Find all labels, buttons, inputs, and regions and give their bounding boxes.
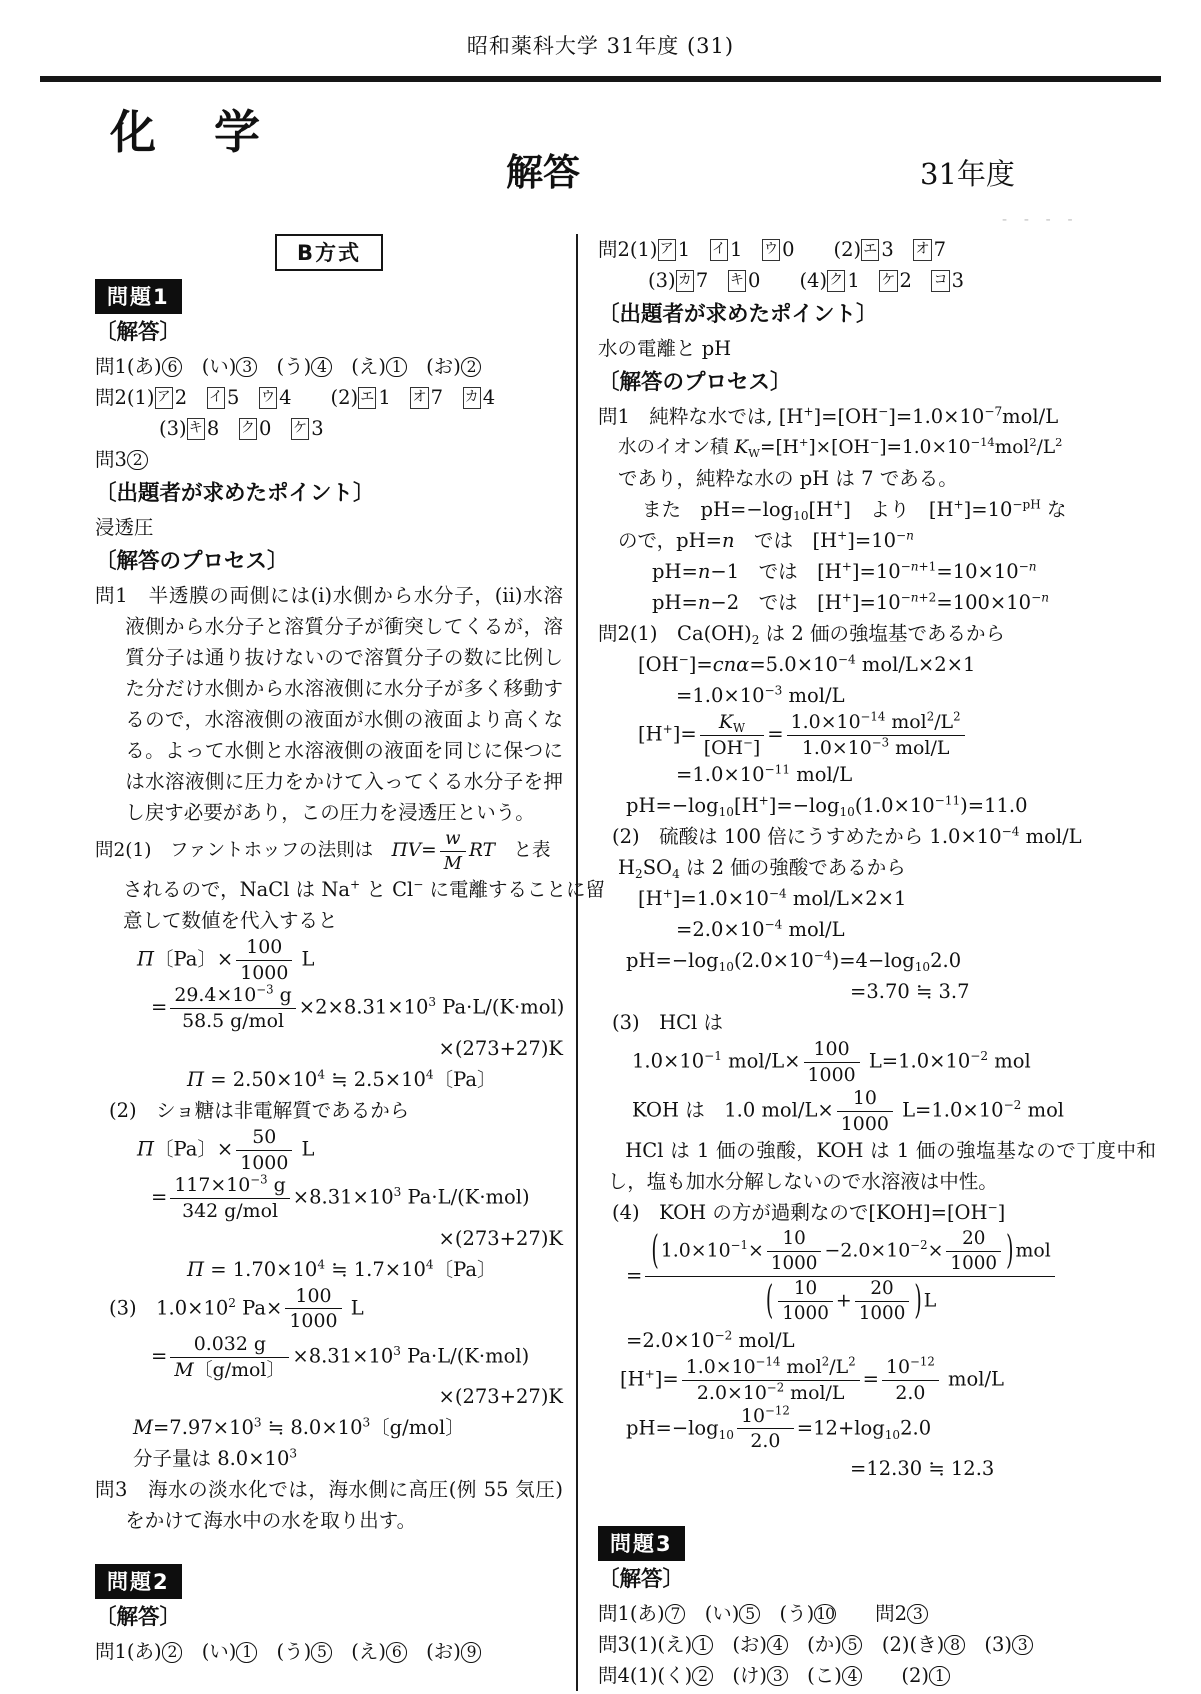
- problem-header: 問題2: [95, 1564, 182, 1599]
- formula-line: =2.0×10−2 mol/L: [598, 1325, 1156, 1356]
- formula-line: Π = 2.50×104 ≒ 2.5×104〔Pa〕: [95, 1064, 563, 1095]
- boxed-kana: オ: [913, 239, 931, 261]
- circled-number: 4: [767, 1635, 788, 1656]
- circled-number: 8: [944, 1635, 965, 1656]
- text-line: H2SO4 は 2 価の強酸であるから: [598, 852, 1156, 883]
- problem-header-row: 問題2: [95, 1564, 563, 1599]
- paragraph: 問1 半透膜の両側には(i)水側から水分子，(ii)水溶液側から水分子と溶質分子…: [95, 580, 563, 828]
- formula-line: [H+]=1.0×10−14 mol2/L22.0×10−2 mol/L=10−…: [598, 1356, 1156, 1404]
- answer-line: 問1(あ)2 (い)1 (う)5 (え)6 (お)9: [95, 1636, 563, 1667]
- spacer: [598, 1484, 1156, 1518]
- formula-line: ×(273+27)K: [95, 1381, 563, 1412]
- text-line: また pH=−log10[H+] より [H+]=10−pH な: [598, 494, 1156, 525]
- page: 昭和薬科大学 31年度 (31) 化 学 解答 31年度 ‐ ‐ ‐ ‐ B方式…: [0, 0, 1201, 1694]
- text-line: ので，pH=n では [H+]=10−n: [598, 525, 1156, 556]
- circled-number: 1: [692, 1635, 713, 1656]
- method-badge-row: B方式: [95, 234, 563, 271]
- text-line: 分子量は 8.0×103: [95, 1443, 563, 1474]
- circled-number: 5: [739, 1604, 760, 1625]
- formula-line: pH=−log10(2.0×10−4)=4−log102.0: [598, 945, 1156, 976]
- text-line: 水のイオン積 KW=[H+]×[OH−]=1.0×10−14mol2/L2: [598, 432, 1156, 463]
- boxed-kana: ア: [155, 387, 173, 409]
- formula-line: [H+]=1.0×10−4 mol/L×2×1: [598, 883, 1156, 914]
- problem-header: 問題1: [95, 279, 182, 314]
- circled-number: 4: [311, 357, 332, 378]
- formula-line: pH=−log1010−122.0=12+log102.0: [598, 1405, 1156, 1453]
- section-heading: 〔出題者が求めたポイント〕: [598, 298, 1156, 331]
- year-label: 31年度: [920, 152, 1015, 193]
- answer-line: 問1(あ)6 (い)3 (う)4 (え)1 (お)2: [95, 351, 563, 382]
- method-badge: B方式: [275, 234, 383, 271]
- boxed-kana: キ: [728, 270, 746, 292]
- formula-line: ×(273+27)K: [95, 1223, 563, 1254]
- circled-number: 4: [842, 1666, 863, 1687]
- fraction: KW[OH−]: [700, 711, 765, 759]
- problem-header: 問題3: [598, 1526, 685, 1561]
- circled-number: 9: [461, 1642, 482, 1663]
- circled-number: 3: [1012, 1635, 1033, 1656]
- answer-line: (3)カ7 キ0 (4)ク1 ケ2 コ3: [598, 265, 1156, 296]
- formula-line: pH=n−2 では [H+]=10−n+2=100×10−n: [598, 587, 1156, 618]
- formula-line: pH=−log10[H+]=−log10(1.0×10−11)=11.0: [598, 790, 1156, 821]
- formula-line: [H+]=KW[OH−]=1.0×10−14 mol2/L21.0×10−3 m…: [598, 711, 1156, 759]
- problem-header-row: 問題1: [95, 279, 563, 314]
- formula-line: =29.4×10−3 g58.5 g/mol×2×8.31×103 Pa·L/(…: [95, 984, 563, 1032]
- formula-line: pH=n−1 では [H+]=10−n+1=10×10−n: [598, 556, 1156, 587]
- formula-line: KOH は 1.0 mol/L×101000 L=1.0×10−2 mol: [598, 1087, 1156, 1135]
- fraction: 117×10−3 g342 g/mol: [170, 1174, 289, 1222]
- circled-number: 1: [236, 1642, 257, 1663]
- formula-line: 1.0×10−1 mol/L×1001000 L=1.0×10−2 mol: [598, 1038, 1156, 1086]
- boxed-kana: ケ: [291, 418, 309, 440]
- answer-line: 問1(あ)7 (い)5 (う)10 問23: [598, 1598, 1156, 1629]
- answer-line: 問3(1)(え)1 (お)4 (か)5 (2)(き)8 (3)3: [598, 1629, 1156, 1660]
- text-line: (4) KOH の方が過剰なので[KOH]=[OH−]: [598, 1197, 1156, 1228]
- answer-title: 解答: [506, 142, 580, 196]
- columns: B方式問題1〔解答〕問1(あ)6 (い)3 (う)4 (え)1 (お)2問2(1…: [95, 234, 1156, 1691]
- boxed-kana: エ: [358, 387, 376, 409]
- formula-line: (3) 1.0×102 Pa×1001000 L: [95, 1285, 563, 1333]
- circled-number: 10: [814, 1604, 836, 1625]
- formula-line: =0.032 gM〔g/mol〕×8.31×103 Pa·L/(K·mol): [95, 1333, 563, 1381]
- fraction: 29.4×10−3 g58.5 g/mol: [170, 984, 295, 1032]
- fraction: 101000: [767, 1228, 822, 1275]
- paragraph: 水の電離と pH: [598, 333, 1156, 364]
- subject-title: 化 学: [110, 96, 266, 162]
- faint-marks: ‐ ‐ ‐ ‐: [1002, 210, 1079, 228]
- section-heading: 〔解答のプロセス〕: [598, 366, 1156, 399]
- text-line: であり，純粋な水の pH は 7 である。: [598, 463, 1156, 494]
- section-heading: 〔解答〕: [95, 1601, 563, 1634]
- formula-line: =3.70 ≒ 3.7: [598, 976, 1156, 1007]
- section-heading: 〔出題者が求めたポイント〕: [95, 477, 563, 510]
- section-heading: 〔解答〕: [598, 1563, 1156, 1596]
- boxed-kana: ク: [827, 270, 845, 292]
- formula-line: =117×10−3 g342 g/mol×8.31×103 Pa·L/(K·mo…: [95, 1174, 563, 1222]
- fraction: 501000: [236, 1126, 292, 1174]
- formula-line: [OH−]=cnα=5.0×10−4 mol/L×2×1: [598, 649, 1156, 680]
- boxed-kana: ウ: [259, 387, 277, 409]
- circled-number: 2: [692, 1666, 713, 1687]
- boxed-kana: ク: [239, 418, 257, 440]
- fraction: 1001000: [804, 1038, 860, 1086]
- fraction: wM: [440, 828, 466, 874]
- formula-line: =2.0×10−4 mol/L: [598, 914, 1156, 945]
- boxed-kana: ア: [658, 239, 676, 261]
- boxed-kana: エ: [861, 239, 879, 261]
- fraction: (1.0×10−1×101000−2.0×10−2×201000)mol(101…: [645, 1228, 1054, 1325]
- formula-line: Π = 1.70×104 ≒ 1.7×104〔Pa〕: [95, 1254, 563, 1285]
- text-line: 問2(1) ファントホッフの法則は ΠV=wMRT と表: [95, 828, 563, 874]
- section-heading: 〔解答のプロセス〕: [95, 545, 563, 578]
- spacer: [95, 1536, 563, 1556]
- text-line: (2) ショ糖は非電解質であるから: [95, 1095, 563, 1126]
- boxed-kana: イ: [710, 239, 728, 261]
- text-line: (3) HCl は: [598, 1007, 1156, 1038]
- fraction: 10−122.0: [737, 1405, 794, 1453]
- boxed-kana: ケ: [879, 270, 897, 292]
- fraction: 201000: [946, 1228, 1001, 1275]
- circled-number: 3: [907, 1604, 928, 1625]
- formula-line: ×(273+27)K: [95, 1033, 563, 1064]
- formula-line: Π〔Pa〕×1001000 L: [95, 936, 563, 984]
- page-header: 昭和薬科大学 31年度 (31): [0, 0, 1201, 60]
- formula-line: =12.30 ≒ 12.3: [598, 1453, 1156, 1484]
- text-line: 問2(1) Ca(OH)2 は 2 価の強塩基であるから: [598, 618, 1156, 649]
- paragraph: 問3 海水の淡水化では，海水側に高圧(例 55 気圧)をかけて海水中の水を取り出…: [95, 1474, 563, 1536]
- fraction: 201000: [855, 1278, 910, 1325]
- formula-line: =1.0×10−3 mol/L: [598, 680, 1156, 711]
- circled-number: 3: [767, 1666, 788, 1687]
- title-row: 化 学 解答 31年度 ‐ ‐ ‐ ‐: [0, 82, 1201, 230]
- answer-line: 問2(1)ア1 イ1 ウ0 (2)エ3 オ7: [598, 234, 1156, 265]
- circled-number: 5: [842, 1635, 863, 1656]
- text-line: されるので，NaCl は Na+ と Cl− に電離することに留: [95, 874, 563, 905]
- circled-number: 1: [929, 1666, 950, 1687]
- fraction: 1001000: [236, 936, 292, 984]
- boxed-kana: コ: [931, 270, 949, 292]
- circled-number: 7: [665, 1604, 686, 1625]
- paragraph: 浸透圧: [95, 512, 563, 543]
- boxed-kana: オ: [410, 387, 428, 409]
- answer-line: 問4(1)(く)2 (け)3 (こ)4 (2)1: [598, 1660, 1156, 1691]
- formula-line: =(1.0×10−1×101000−2.0×10−2×201000)mol(10…: [598, 1228, 1156, 1325]
- section-heading: 〔解答〕: [95, 316, 563, 349]
- circled-number: 1: [386, 357, 407, 378]
- fraction: 0.032 gM〔g/mol〕: [170, 1333, 289, 1381]
- circled-number: 2: [461, 357, 482, 378]
- circled-number: 2: [162, 1642, 183, 1663]
- fraction: 101000: [778, 1278, 833, 1325]
- paragraph: HCl は 1 価の強酸，KOH は 1 価の強塩基なので丁度中和し，塩も加水分…: [598, 1135, 1156, 1197]
- circled-number: 6: [162, 357, 183, 378]
- right-column: 問2(1)ア1 イ1 ウ0 (2)エ3 オ7(3)カ7 キ0 (4)ク1 ケ2 …: [578, 234, 1156, 1691]
- fraction: 1.0×10−14 mol2/L21.0×10−3 mol/L: [787, 711, 965, 759]
- boxed-kana: キ: [187, 418, 205, 440]
- circled-number: 6: [386, 1642, 407, 1663]
- formula-line: M=7.97×103 ≒ 8.0×103〔g/mol〕: [95, 1412, 563, 1443]
- text-line: (2) 硫酸は 100 倍にうすめたから 1.0×10−4 mol/L: [598, 821, 1156, 852]
- text-line: 問1 純粋な水では, [H+]=[OH−]=1.0×10−7mol/L: [598, 401, 1156, 432]
- answer-line: (3)キ8 ク0 ケ3: [95, 413, 563, 444]
- fraction: 10−122.0: [882, 1356, 939, 1404]
- circled-number: 2: [127, 450, 148, 471]
- boxed-kana: カ: [463, 387, 481, 409]
- boxed-kana: ウ: [762, 239, 780, 261]
- formula-line: =1.0×10−11 mol/L: [598, 759, 1156, 790]
- circled-number: 3: [236, 357, 257, 378]
- problem-header-row: 問題3: [598, 1526, 1156, 1561]
- fraction: 1.0×10−14 mol2/L22.0×10−2 mol/L: [682, 1356, 860, 1404]
- answer-line: 問32: [95, 444, 563, 475]
- boxed-kana: イ: [207, 387, 225, 409]
- circled-number: 5: [311, 1642, 332, 1663]
- answer-line: 問2(1)ア2 イ5 ウ4 (2)エ1 オ7 カ4: [95, 382, 563, 413]
- text-line: 意して数値を代入すると: [95, 905, 563, 936]
- left-column: B方式問題1〔解答〕問1(あ)6 (い)3 (う)4 (え)1 (お)2問2(1…: [95, 234, 578, 1691]
- fraction: 101000: [837, 1087, 893, 1135]
- fraction: 1001000: [285, 1285, 341, 1333]
- formula-line: Π〔Pa〕×501000 L: [95, 1126, 563, 1174]
- boxed-kana: カ: [676, 270, 694, 292]
